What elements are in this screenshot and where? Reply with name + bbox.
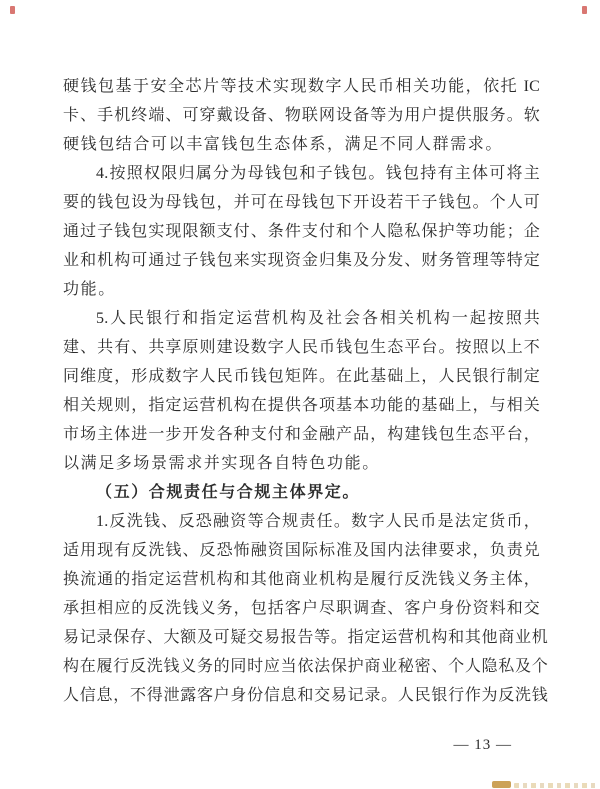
text-line: 卡、手机终端、可穿戴设备、物联网设备等为用户提供服务。软 [63,101,540,130]
text-line: 相关规则，指定运营机构在提供各项基本功能的基础上，与相关 [63,391,540,420]
text-line: 1.反洗钱、反恐融资等合规责任。数字人民币是法定货币， [63,507,540,536]
text-line: 换流通的指定运营机构和其他商业机构是履行反洗钱义务主体， [63,565,540,594]
text-line: 以满足多场景需求并实现各自特色功能。 [63,449,540,478]
text-line: 硬钱包基于安全芯片等技术实现数字人民币相关功能，依托 IC [63,72,540,101]
page-number: — 13 — [454,731,513,760]
text-line: 市场主体进一步开发各种支付和金融产品，构建钱包生态平台， [63,420,540,449]
text-line: 要的钱包设为母钱包，并可在母钱包下开设若干子钱包。个人可 [63,188,540,217]
text-line: 易记录保存、大额及可疑交易报告等。指定运营机构和其他商业机 [63,623,548,652]
text-line: 同维度，形成数字人民币钱包矩阵。在此基础上，人民银行制定 [63,362,540,391]
corner-mark-top-right-icon [582,6,587,14]
text-line: 4.按照权限归属分为母钱包和子钱包。钱包持有主体可将主 [63,159,540,188]
watermark-text-strip [514,783,598,788]
text-line: 功能。 [63,275,540,304]
text-line: 建、共有、共享原则建设数字人民币钱包生态平台。按照以上不 [63,333,540,362]
watermark-logo-icon [492,781,511,788]
text-line: 通过子钱包实现限额支付、条件支付和个人隐私保护等功能；企 [63,217,540,246]
text-line: 承担相应的反洗钱义务，包括客户尽职调查、客户身份资料和交 [63,594,540,623]
text-line: 适用现有反洗钱、反恐怖融资国际标准及国内法律要求，负责兑 [63,536,540,565]
text-line: 人信息，不得泄露客户身份信息和交易记录。人民银行作为反洗钱 [63,681,548,710]
document-page: 硬钱包基于安全芯片等技术实现数字人民币相关功能，依托 IC卡、手机终端、可穿戴设… [0,0,600,789]
bottom-right-watermark [492,781,600,789]
text-line: （五）合规责任与合规主体界定。 [63,478,540,507]
text-line: 5.人民银行和指定运营机构及社会各相关机构一起按照共 [63,304,540,333]
corner-mark-top-left-icon [10,6,15,14]
text-block: 硬钱包基于安全芯片等技术实现数字人民币相关功能，依托 IC卡、手机终端、可穿戴设… [63,72,540,710]
text-line: 业和机构可通过子钱包来实现资金归集及分发、财务管理等特定 [63,246,540,275]
text-line: 硬钱包结合可以丰富钱包生态体系，满足不同人群需求。 [63,130,540,159]
text-line: 构在履行反洗钱义务的同时应当依法保护商业秘密、个人隐私及个 [63,652,548,681]
